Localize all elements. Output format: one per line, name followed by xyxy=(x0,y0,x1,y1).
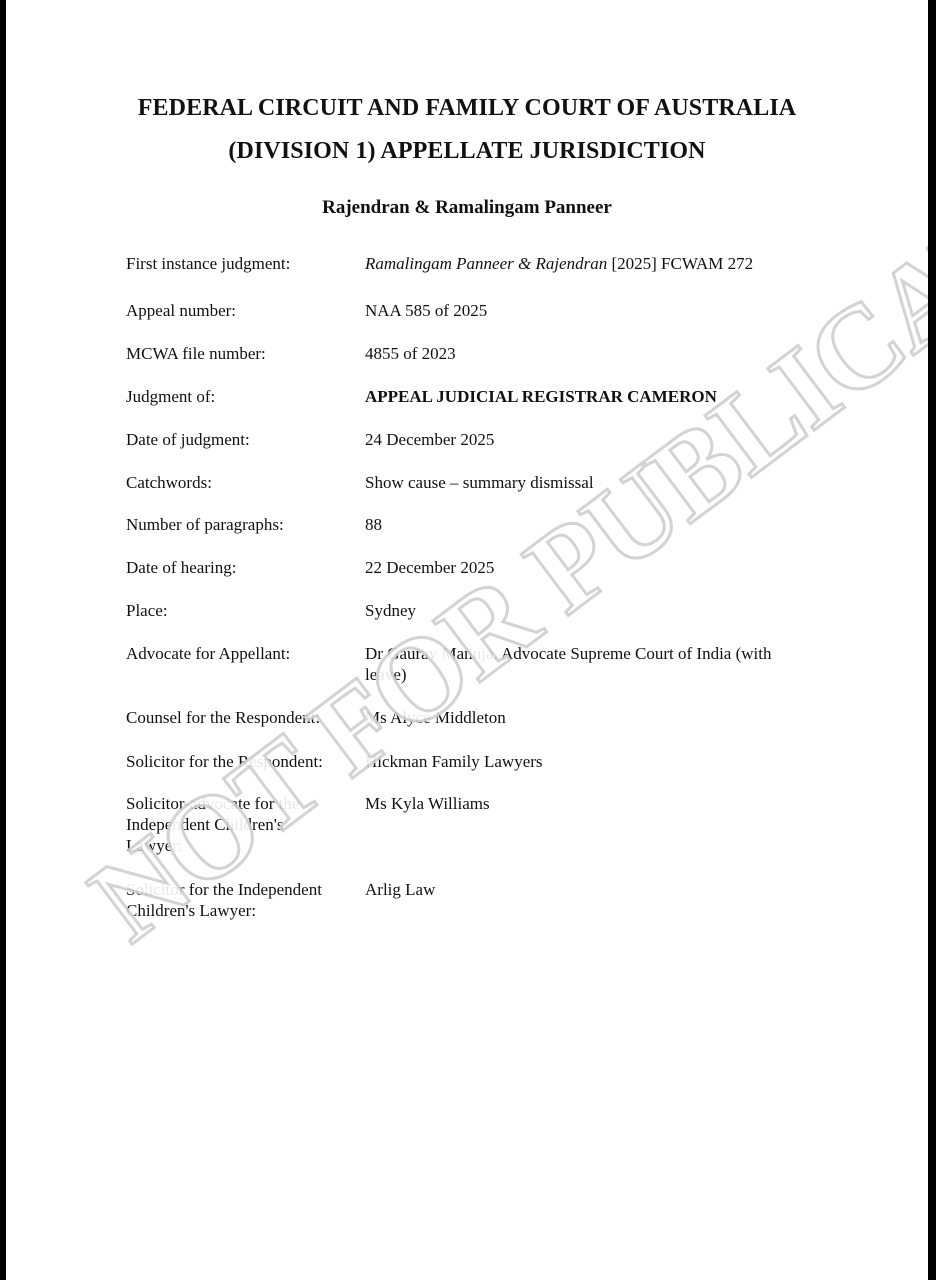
field-label: Place: xyxy=(126,600,351,621)
field-label: Judgment of: xyxy=(126,386,351,407)
field-value: Hickman Family Lawyers xyxy=(365,751,805,772)
case-name: Ramalingam Panneer & Rajendran xyxy=(365,254,607,273)
field-label: Counsel for the Respondent: xyxy=(126,707,351,728)
citation: [2025] FCWAM 272 xyxy=(607,254,753,273)
field-value: 4855 of 2023 xyxy=(365,343,805,364)
field-label: Solicitor for the Respondent: xyxy=(126,751,351,772)
field-label: Advocate for Appellant: xyxy=(126,643,351,664)
document-page: FEDERAL CIRCUIT AND FAMILY COURT OF AUST… xyxy=(6,0,928,1280)
field-label: Solicitor-advocate for the Independent C… xyxy=(126,793,326,856)
field-value: Ms Alyce Middleton xyxy=(365,707,805,728)
field-value: 88 xyxy=(365,514,805,535)
field-label: Catchwords: xyxy=(126,472,351,493)
field-value: Show cause – summary dismissal xyxy=(365,472,805,493)
field-value: Dr Gaurav Manuja, Advocate Supreme Court… xyxy=(365,643,785,685)
field-label: Number of paragraphs: xyxy=(126,514,351,535)
field-label: Date of judgment: xyxy=(126,429,351,450)
field-label: Appeal number: xyxy=(126,300,351,321)
field-value: Sydney xyxy=(365,600,805,621)
field-value: Ms Kyla Williams xyxy=(365,793,805,814)
court-heading-line2: (DIVISION 1) APPELLATE JURISDICTION xyxy=(6,138,928,165)
field-label: Date of hearing: xyxy=(126,557,351,578)
field-label: Solicitor for the Independent Children's… xyxy=(126,879,351,921)
field-label: First instance judgment: xyxy=(126,253,351,274)
field-value: APPEAL JUDICIAL REGISTRAR CAMERON xyxy=(365,386,805,407)
field-value: 22 December 2025 xyxy=(365,557,805,578)
case-parties: Rajendran & Ramalingam Panneer xyxy=(6,197,928,219)
court-heading-line1: FEDERAL CIRCUIT AND FAMILY COURT OF AUST… xyxy=(6,95,928,122)
field-value: Arlig Law xyxy=(365,879,805,900)
field-value: NAA 585 of 2025 xyxy=(365,300,805,321)
field-value: 24 December 2025 xyxy=(365,429,805,450)
field-value: Ramalingam Panneer & Rajendran [2025] FC… xyxy=(365,253,805,274)
field-label: MCWA file number: xyxy=(126,343,351,364)
